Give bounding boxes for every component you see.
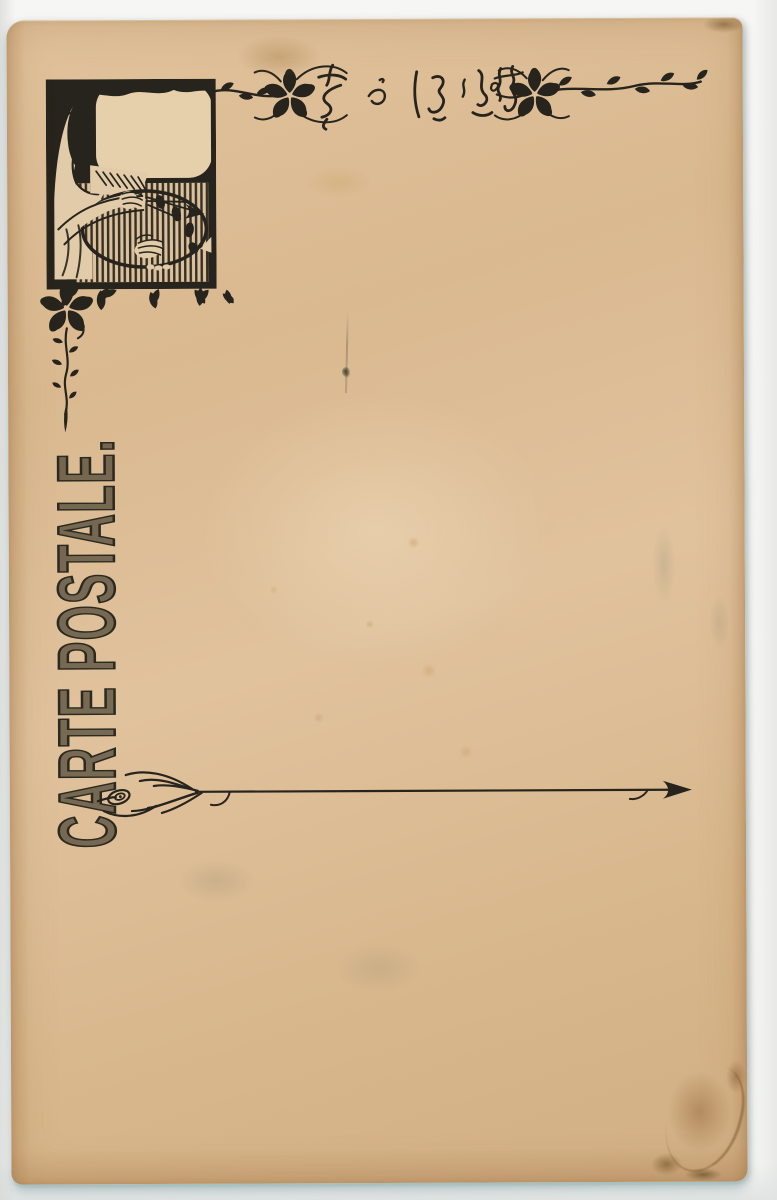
paper-scratch [345,311,349,393]
top-floral-vine-ornament [183,54,713,150]
calligraphy [319,64,525,129]
feather-fletching [98,772,230,816]
hanging-blossom-vine [34,286,115,436]
paper-scratch-dot [342,367,350,377]
postcard: CARTE POSTALE. [6,17,747,1184]
address-arrow-rule [96,757,696,820]
left-blossom [262,69,317,121]
corner-stain-streak [656,1056,753,1180]
